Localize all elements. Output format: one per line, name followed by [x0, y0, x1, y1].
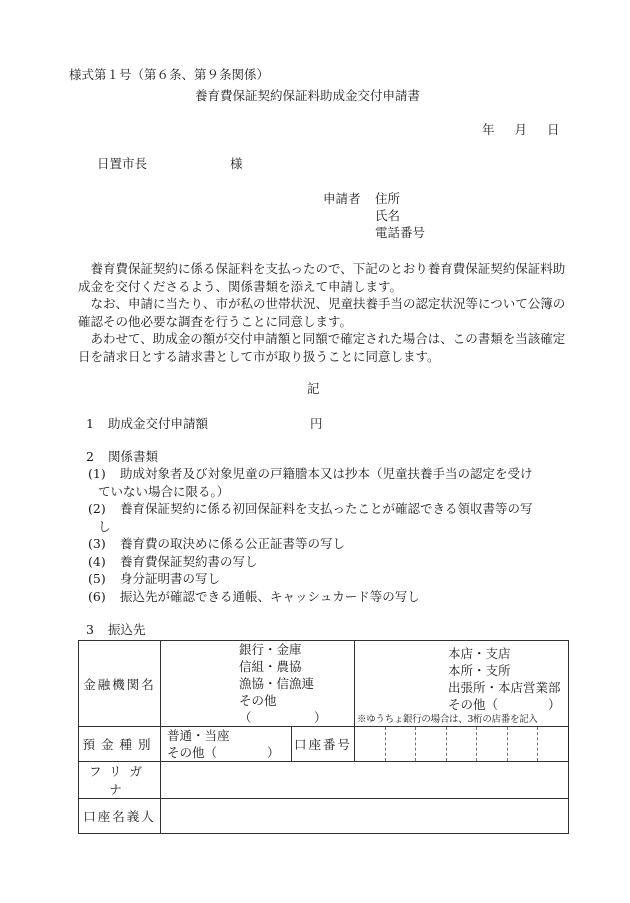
list-item-number: (5) — [88, 570, 120, 588]
list-item: (1) 助成対象者及び対象児童の戸籍謄本又は抄本（児童扶養手当の認定を受けていな… — [88, 465, 568, 500]
institution-type-field[interactable]: 銀行・金庫 信組・農協 漁協・信漁連 その他（ ） — [161, 641, 355, 727]
institution-label: 金融機関名 — [79, 641, 161, 727]
date-day-label: 日 — [547, 122, 560, 137]
document-title: 養育費保証契約保証料助成金交付申請書 — [195, 90, 420, 103]
branch-type-option[interactable]: 出張所・本店営業部 — [448, 679, 568, 696]
furigana-label: フリガナ — [79, 762, 161, 799]
deposit-type-option[interactable]: 普通・当座 — [167, 727, 291, 744]
addressee-name: 日置市長 — [97, 158, 147, 171]
holder-row: 口座名義人 — [79, 799, 569, 834]
list-item-number: (6) — [88, 588, 120, 606]
section1-number: 1 — [86, 418, 94, 431]
applicant-name-field[interactable]: 氏名 — [375, 210, 400, 223]
deposit-type-label: 預金種別 — [79, 727, 161, 762]
institution-type-option[interactable]: 銀行・金庫 — [239, 641, 354, 658]
account-digit-box[interactable] — [416, 727, 447, 762]
list-item: (6) 振込先が確認できる通帳、キャッシュカード等の写し — [88, 588, 568, 606]
list-item: (5) 身分証明書の写し — [88, 570, 568, 588]
list-item-text: 振込先が確認できる通帳、キャッシュカード等の写し — [120, 588, 568, 606]
account-digit-box[interactable] — [355, 727, 386, 762]
list-item-continuation: ていない場合に限る。） — [98, 483, 568, 501]
body-paragraph: あわせて、助成金の額が交付申請額と同額で確定された場合は、この書類を当該確定日を… — [78, 330, 568, 365]
list-item: (3) 養育費の取決めに係る公正証書等の写し — [88, 535, 568, 553]
list-item-text: 養育費の取決めに係る公正証書等の写し — [120, 535, 568, 553]
deposit-row: 預金種別 普通・当座 その他（ ） 口座番号 — [79, 727, 569, 762]
list-item: (4) 養育費保証契約書の写し — [88, 553, 568, 571]
institution-type-option[interactable]: 信組・農協 — [239, 658, 354, 675]
institution-type-option[interactable]: 漁協・信漁連 — [239, 675, 354, 692]
deposit-type-field[interactable]: 普通・当座 その他（ ） — [161, 727, 292, 762]
addressee-honorific: 様 — [230, 158, 243, 171]
date-line: 年 月 日 — [482, 124, 559, 137]
section1-label: 助成金交付申請額 — [108, 418, 208, 431]
branch-type-option[interactable]: 本所・支所 — [448, 662, 568, 679]
section3-number: 3 — [86, 624, 94, 637]
institution-type-option[interactable]: その他（ ） — [239, 692, 354, 726]
yucho-note: ※ゆうちょ銀行の場合は、3桁の店番を記入 — [355, 713, 568, 726]
list-item-number: (3) — [88, 535, 120, 553]
list-item-text: 身分証明書の写し — [120, 570, 568, 588]
list-item-number: (4) — [88, 553, 120, 571]
body-text: 養育費保証契約に係る保証料を支払ったので、下記のとおり養育費保証契約保証料助成金… — [78, 260, 568, 365]
bank-account-table: 金融機関名 銀行・金庫 信組・農協 漁協・信漁連 その他（ ） 本店・支店 本所… — [78, 640, 569, 834]
furigana-row: フリガナ — [79, 762, 569, 799]
related-documents-list: (1) 助成対象者及び対象児童の戸籍謄本又は抄本（児童扶養手当の認定を受けていな… — [88, 465, 568, 605]
applicant-phone-field[interactable]: 電話番号 — [375, 227, 425, 240]
list-item-text: 助成対象者及び対象児童の戸籍謄本又は抄本（児童扶養手当の認定を受け — [120, 466, 533, 481]
account-digit-box[interactable] — [477, 727, 508, 762]
account-digit-box[interactable] — [385, 727, 416, 762]
body-paragraph: 養育費保証契約に係る保証料を支払ったので、下記のとおり養育費保証契約保証料助成金… — [78, 260, 568, 295]
account-holder-label: 口座名義人 — [79, 799, 161, 834]
account-number-label: 口座番号 — [292, 727, 355, 762]
list-item-text: 養育保証契約に係る初回保証料を支払ったことが確認できる領収書等の写 — [120, 501, 533, 516]
applicant-label: 申請者 — [323, 193, 361, 206]
list-item: (2) 養育保証契約に係る初回保証料を支払ったことが確認できる領収書等の写し — [88, 500, 568, 535]
date-year-label: 年 — [482, 122, 495, 137]
section2-label: 関係書類 — [108, 451, 158, 464]
list-item-text: 養育費保証契約書の写し — [120, 553, 568, 571]
yen-unit: 円 — [310, 416, 323, 431]
account-digit-box[interactable] — [446, 727, 477, 762]
body-paragraph: なお、申請に当たり、市が私の世帯状況、児童扶養手当の認定状況等について公簿の確認… — [78, 295, 568, 330]
furigana-field[interactable] — [161, 762, 569, 799]
branch-type-field[interactable]: 本店・支店 本所・支所 出張所・本店営業部 その他（ ） ※ゆうちょ銀行の場合は… — [355, 641, 569, 727]
date-month-label: 月 — [514, 122, 527, 137]
section3-label: 振込先 — [108, 624, 146, 637]
ki-heading: 記 — [307, 383, 320, 396]
account-digit-box[interactable] — [507, 727, 538, 762]
section1-amount-field[interactable]: 円 — [310, 418, 323, 431]
list-item-continuation: し — [98, 518, 568, 536]
deposit-type-option[interactable]: その他（ ） — [167, 744, 291, 761]
institution-row: 金融機関名 銀行・金庫 信組・農協 漁協・信漁連 その他（ ） 本店・支店 本所… — [79, 641, 569, 727]
form-number: 様式第１号（第６条、第９条関係） — [69, 69, 269, 82]
branch-type-option[interactable]: その他（ ） — [448, 696, 568, 713]
account-digit-box[interactable] — [538, 727, 569, 762]
section2-number: 2 — [86, 451, 94, 464]
account-holder-field[interactable] — [161, 799, 569, 834]
branch-type-option[interactable]: 本店・支店 — [448, 645, 568, 662]
applicant-address-field[interactable]: 住所 — [375, 193, 400, 206]
